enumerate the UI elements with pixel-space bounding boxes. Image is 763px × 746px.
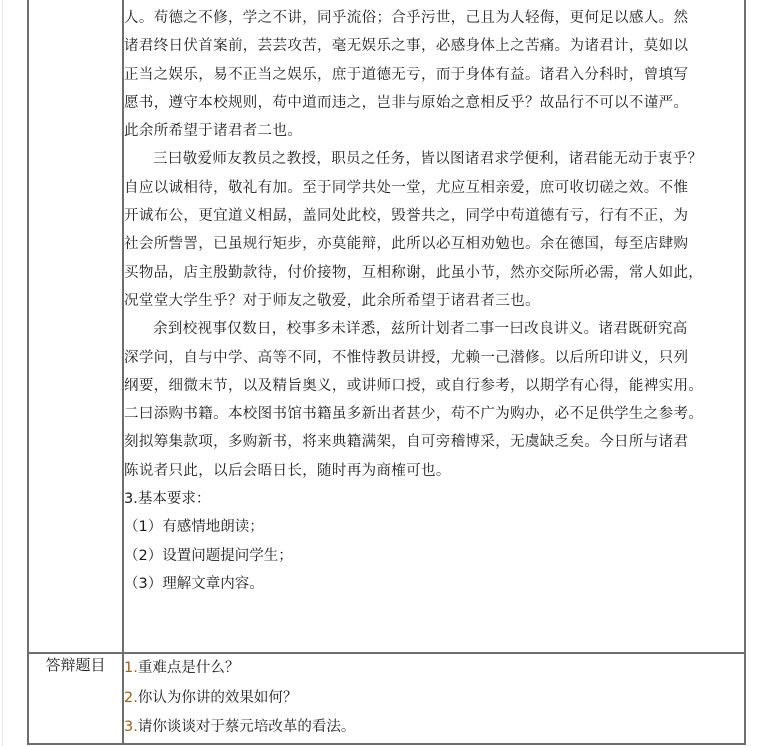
text-line: 二曰添购书籍。本校图书馆书籍虽多新出者甚少，苟不广为购办，必不足供学生之参考。 [124,400,744,428]
requirement-item: （1）有感情地朗读； [124,513,744,541]
answer-row: 答辩题目 1.重难点是什么？ 2.你认为你讲的效果如何？ 3.请你谈谈对于蔡元培… [28,653,745,744]
content-cell: 人。苟德之不修，学之不讲，同乎流俗；合乎污世，己且为人轻侮，更何足以感人。然 诸… [123,0,745,653]
requirement-item: （2）设置问题提问学生； [124,542,744,570]
content-row-label-cell [28,0,123,653]
document-table: 人。苟德之不修，学之不讲，同乎流俗；合乎污世，己且为人轻侮，更何足以感人。然 诸… [27,0,746,745]
text-line: 诸君终日伏首案前，芸芸攻苦，毫无娱乐之事，必感身体上之苦痛。为诸君计，莫如以 [124,32,744,60]
text-line: 况堂堂大学生乎？对于师友之敬爱，此余所希望于诸君者三也。 [124,287,744,315]
text-line: 纲要，细微末节，以及精旨奥义，或讲师口授，或自行参考，以期学有心得，能裨实用。 [124,372,744,400]
text-line: 正当之娱乐，易不正当之娱乐，庶于道德无亏，而于身体有益。诸君入分科时，曾填写 [124,61,744,89]
text-line: 余到校视事仅数日，校事多未详悉，兹所计划者二事一曰改良讲义。诸君既研究高 [124,315,744,343]
text-line: 人。苟德之不修，学之不讲，同乎流俗；合乎污世，己且为人轻侮，更何足以感人。然 [124,4,744,32]
question-item: 2.你认为你讲的效果如何？ [124,684,744,714]
requirements-heading: 3.基本要求： [124,485,744,513]
requirement-item: （3）理解文章内容。 [124,570,744,598]
question-text: 重难点是什么？ [138,660,240,676]
page-edge [2,0,3,746]
text-line: 刻拟筹集款项，多购新书，将来典籍满架，自可旁稽博采，无虞缺乏矣。今日所与诸君 [124,428,744,456]
text-line: 愿书，遵守本校规则，苟中道而违之，岂非与原始之意相反乎？故品行不可以不谨严。 [124,89,744,117]
answer-questions-label: 答辩题目 [28,653,123,744]
text-line: 买物品，店主殷勤款待，付价接物，互相称谢，此虽小节，然亦交际所必需，常人如此， [124,259,744,287]
answer-questions-cell: 1.重难点是什么？ 2.你认为你讲的效果如何？ 3.请你谈谈对于蔡元培改革的看法… [123,653,745,744]
text-line: 深学问，自与中学、高等不同，不惟恃教员讲授，尤赖一己潜修。以后所印讲义，只列 [124,344,744,372]
text-line: 此余所希望于诸君者二也。 [124,117,744,145]
question-number: 3. [124,719,138,735]
question-text: 你认为你讲的效果如何？ [138,690,298,706]
text-line: 陈说者只此，以后会晤日长，随时再为商榷可也。 [124,457,744,485]
text-line: 三曰敬爱师友教员之教授，职员之任务，皆以图诸君求学便利，诸君能无动于衷乎？ [124,145,744,173]
question-number: 2. [124,690,138,706]
question-item: 1.重难点是什么？ [124,654,744,684]
text-line: 社会所訾詈，已虽规行矩步，亦莫能辩，此所以必互相劝勉也。余在德国，每至店肆购 [124,230,744,258]
question-item: 3.请你谈谈对于蔡元培改革的看法。 [124,713,744,743]
question-number: 1. [124,660,138,676]
requirements-section: 3.基本要求： （1）有感情地朗读； （2）设置问题提问学生； （3）理解文章内… [124,485,744,598]
question-text: 请你谈谈对于蔡元培改革的看法。 [138,719,356,735]
speech-text: 人。苟德之不修，学之不讲，同乎流俗；合乎污世，己且为人轻侮，更何足以感人。然 诸… [124,4,744,485]
text-line: 自应以诚相待，敬礼有加。至于同学共处一堂，尤应互相亲爱，庶可收切磋之效。不惟 [124,174,744,202]
text-line: 开诚布公，更宜道义相勗，盖同处此校，毁誉共之，同学中苟道德有亏，行有不正，为 [124,202,744,230]
content-row: 人。苟德之不修，学之不讲，同乎流俗；合乎污世，己且为人轻侮，更何足以感人。然 诸… [28,0,745,653]
